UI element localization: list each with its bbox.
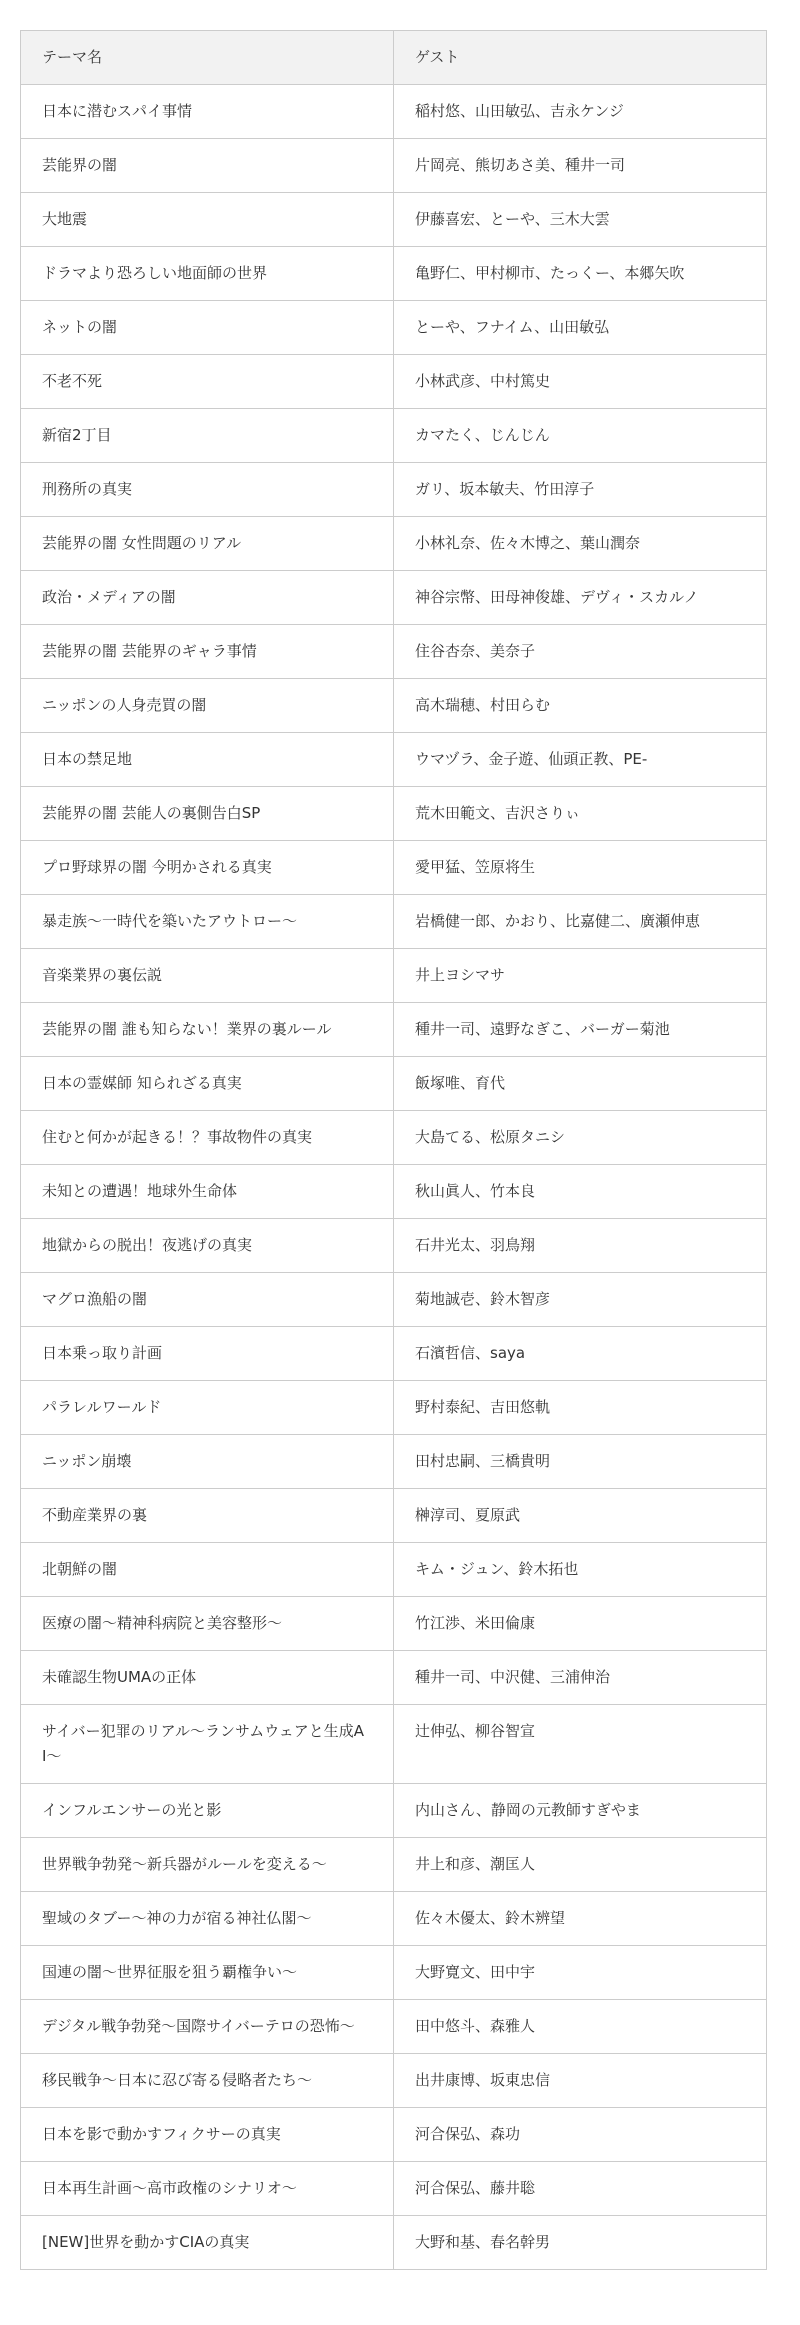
theme-cell: 日本の禁足地 — [21, 733, 394, 787]
guests-cell: 竹江渉、米田倫康 — [394, 1597, 767, 1651]
theme-cell: サイバー犯罪のリアル〜ランサムウェアと生成AI〜 — [21, 1705, 394, 1784]
guests-cell: ガリ、坂本敏夫、竹田淳子 — [394, 463, 767, 517]
theme-cell: 刑務所の真実 — [21, 463, 394, 517]
table-row: 不老不死小林武彦、中村篤史 — [21, 355, 767, 409]
theme-cell: 大地震 — [21, 193, 394, 247]
guests-cell: 大野寛文、田中宇 — [394, 1946, 767, 2000]
guests-cell: 河合保弘、藤井聡 — [394, 2162, 767, 2216]
guests-cell: 田中悠斗、森雅人 — [394, 2000, 767, 2054]
table-row: パラレルワールド野村泰紀、吉田悠軌 — [21, 1381, 767, 1435]
theme-cell: 日本に潜むスパイ事情 — [21, 85, 394, 139]
theme-cell: パラレルワールド — [21, 1381, 394, 1435]
guests-cell: カマたく、じんじん — [394, 409, 767, 463]
table-row: 地獄からの脱出！夜逃げの真実石井光太、羽鳥翔 — [21, 1219, 767, 1273]
guests-cell: 種井一司、遠野なぎこ、バーガー菊池 — [394, 1003, 767, 1057]
guests-cell: 片岡亮、熊切あさ美、種井一司 — [394, 139, 767, 193]
guests-cell: 井上ヨシマサ — [394, 949, 767, 1003]
table-row: 未確認生物UMAの正体種井一司、中沢健、三浦伸治 — [21, 1651, 767, 1705]
table-row: 芸能界の闇 女性問題のリアル小林礼奈、佐々木博之、葉山潤奈 — [21, 517, 767, 571]
guests-cell: 榊淳司、夏原武 — [394, 1489, 767, 1543]
table-row: 大地震伊藤喜宏、とーや、三木大雲 — [21, 193, 767, 247]
table-row: 世界戦争勃発〜新兵器がルールを変える〜井上和彦、潮匡人 — [21, 1838, 767, 1892]
guests-cell: 佐々木優太、鈴木辨望 — [394, 1892, 767, 1946]
table-row: 住むと何かが起きる！？事故物件の真実大島てる、松原タニシ — [21, 1111, 767, 1165]
theme-cell: ニッポン崩壊 — [21, 1435, 394, 1489]
table-row: プロ野球界の闇 今明かされる真実愛甲猛、笠原将生 — [21, 841, 767, 895]
theme-cell: [NEW]世界を動かすCIAの真実 — [21, 2216, 394, 2270]
guests-cell: ウマヅラ、金子遊、仙頭正教、PE- — [394, 733, 767, 787]
table-row: ドラマより恐ろしい地面師の世界亀野仁、甲村柳市、たっくー、本郷矢吹 — [21, 247, 767, 301]
theme-cell: 芸能界の闇 女性問題のリアル — [21, 517, 394, 571]
theme-guest-table: テーマ名 ゲスト 日本に潜むスパイ事情稲村悠、山田敏弘、吉永ケンジ芸能界の闇片岡… — [20, 30, 767, 2270]
theme-cell: 芸能界の闇 — [21, 139, 394, 193]
table-row: 新宿2丁目カマたく、じんじん — [21, 409, 767, 463]
guests-cell: 神谷宗幣、田母神俊雄、デヴィ・スカルノ — [394, 571, 767, 625]
table-row: 政治・メディアの闇神谷宗幣、田母神俊雄、デヴィ・スカルノ — [21, 571, 767, 625]
theme-cell: ニッポンの人身売買の闇 — [21, 679, 394, 733]
table-row: 未知との遭遇！地球外生命体秋山眞人、竹本良 — [21, 1165, 767, 1219]
theme-cell: 北朝鮮の闇 — [21, 1543, 394, 1597]
theme-cell: 医療の闇〜精神科病院と美容整形〜 — [21, 1597, 394, 1651]
guests-cell: 出井康博、坂東忠信 — [394, 2054, 767, 2108]
table-row: マグロ漁船の闇菊地誠壱、鈴木智彦 — [21, 1273, 767, 1327]
table-row: 日本を影で動かすフィクサーの真実河合保弘、森功 — [21, 2108, 767, 2162]
guests-cell: 石濱哲信、saya — [394, 1327, 767, 1381]
theme-cell: 暴走族〜一時代を築いたアウトロー〜 — [21, 895, 394, 949]
table-row: 芸能界の闇 誰も知らない！業界の裏ルール種井一司、遠野なぎこ、バーガー菊池 — [21, 1003, 767, 1057]
table-row: 芸能界の闇 芸能人の裏側告白SP荒木田範文、吉沢さりぃ — [21, 787, 767, 841]
guests-cell: 井上和彦、潮匡人 — [394, 1838, 767, 1892]
guests-cell: 高木瑞穂、村田らむ — [394, 679, 767, 733]
table-row: 日本乗っ取り計画石濱哲信、saya — [21, 1327, 767, 1381]
page-content: テーマ名 ゲスト 日本に潜むスパイ事情稲村悠、山田敏弘、吉永ケンジ芸能界の闇片岡… — [0, 0, 800, 2300]
table-row: 北朝鮮の闇キム・ジュン、鈴木拓也 — [21, 1543, 767, 1597]
table-row: 日本の霊媒師 知られざる真実飯塚唯、育代 — [21, 1057, 767, 1111]
guests-cell: 小林武彦、中村篤史 — [394, 355, 767, 409]
table-row: 芸能界の闇片岡亮、熊切あさ美、種井一司 — [21, 139, 767, 193]
theme-cell: ドラマより恐ろしい地面師の世界 — [21, 247, 394, 301]
table-row: デジタル戦争勃発〜国際サイバーテロの恐怖〜田中悠斗、森雅人 — [21, 2000, 767, 2054]
table-row: 刑務所の真実ガリ、坂本敏夫、竹田淳子 — [21, 463, 767, 517]
guests-cell: 大野和基、春名幹男 — [394, 2216, 767, 2270]
table-row: 医療の闇〜精神科病院と美容整形〜竹江渉、米田倫康 — [21, 1597, 767, 1651]
table-row: 日本再生計画〜高市政権のシナリオ〜河合保弘、藤井聡 — [21, 2162, 767, 2216]
table-row: 日本に潜むスパイ事情稲村悠、山田敏弘、吉永ケンジ — [21, 85, 767, 139]
guests-cell: 亀野仁、甲村柳市、たっくー、本郷矢吹 — [394, 247, 767, 301]
theme-cell: 日本乗っ取り計画 — [21, 1327, 394, 1381]
guests-cell: とーや、フナイム、山田敏弘 — [394, 301, 767, 355]
theme-cell: 世界戦争勃発〜新兵器がルールを変える〜 — [21, 1838, 394, 1892]
guests-cell: 大島てる、松原タニシ — [394, 1111, 767, 1165]
table-row: [NEW]世界を動かすCIAの真実大野和基、春名幹男 — [21, 2216, 767, 2270]
theme-cell: 音楽業界の裏伝説 — [21, 949, 394, 1003]
guests-cell: 菊地誠壱、鈴木智彦 — [394, 1273, 767, 1327]
theme-cell: 日本の霊媒師 知られざる真実 — [21, 1057, 394, 1111]
column-header-theme: テーマ名 — [21, 31, 394, 85]
theme-cell: 不動産業界の裏 — [21, 1489, 394, 1543]
theme-cell: 未確認生物UMAの正体 — [21, 1651, 394, 1705]
guests-cell: 河合保弘、森功 — [394, 2108, 767, 2162]
table-row: 日本の禁足地ウマヅラ、金子遊、仙頭正教、PE- — [21, 733, 767, 787]
table-row: 芸能界の闇 芸能界のギャラ事情住谷杏奈、美奈子 — [21, 625, 767, 679]
guests-cell: キム・ジュン、鈴木拓也 — [394, 1543, 767, 1597]
table-row: ニッポン崩壊田村忠嗣、三橋貴明 — [21, 1435, 767, 1489]
table-row: インフルエンサーの光と影内山さん、静岡の元教師すぎやま — [21, 1784, 767, 1838]
theme-cell: ネットの闇 — [21, 301, 394, 355]
guests-cell: 種井一司、中沢健、三浦伸治 — [394, 1651, 767, 1705]
theme-cell: 不老不死 — [21, 355, 394, 409]
guests-cell: 石井光太、羽鳥翔 — [394, 1219, 767, 1273]
guests-cell: 岩橋健一郎、かおり、比嘉健二、廣瀬伸恵 — [394, 895, 767, 949]
theme-cell: 未知との遭遇！地球外生命体 — [21, 1165, 394, 1219]
table-row: 音楽業界の裏伝説井上ヨシマサ — [21, 949, 767, 1003]
theme-cell: 芸能界の闇 芸能界のギャラ事情 — [21, 625, 394, 679]
theme-cell: 日本再生計画〜高市政権のシナリオ〜 — [21, 2162, 394, 2216]
table-row: 移民戦争〜日本に忍び寄る侵略者たち〜出井康博、坂東忠信 — [21, 2054, 767, 2108]
table-row: サイバー犯罪のリアル〜ランサムウェアと生成AI〜辻伸弘、柳谷智宣 — [21, 1705, 767, 1784]
guests-cell: 野村泰紀、吉田悠軌 — [394, 1381, 767, 1435]
table-body: 日本に潜むスパイ事情稲村悠、山田敏弘、吉永ケンジ芸能界の闇片岡亮、熊切あさ美、種… — [21, 85, 767, 2270]
table-header-row: テーマ名 ゲスト — [21, 31, 767, 85]
theme-cell: 移民戦争〜日本に忍び寄る侵略者たち〜 — [21, 2054, 394, 2108]
theme-cell: 新宿2丁目 — [21, 409, 394, 463]
theme-cell: 芸能界の闇 誰も知らない！業界の裏ルール — [21, 1003, 394, 1057]
theme-cell: インフルエンサーの光と影 — [21, 1784, 394, 1838]
table-row: 不動産業界の裏榊淳司、夏原武 — [21, 1489, 767, 1543]
theme-cell: 国連の闇〜世界征服を狙う覇権争い〜 — [21, 1946, 394, 2000]
theme-cell: プロ野球界の闇 今明かされる真実 — [21, 841, 394, 895]
guests-cell: 小林礼奈、佐々木博之、葉山潤奈 — [394, 517, 767, 571]
guests-cell: 稲村悠、山田敏弘、吉永ケンジ — [394, 85, 767, 139]
guests-cell: 辻伸弘、柳谷智宣 — [394, 1705, 767, 1784]
guests-cell: 内山さん、静岡の元教師すぎやま — [394, 1784, 767, 1838]
column-header-guests: ゲスト — [394, 31, 767, 85]
table-row: ニッポンの人身売買の闇高木瑞穂、村田らむ — [21, 679, 767, 733]
guests-cell: 荒木田範文、吉沢さりぃ — [394, 787, 767, 841]
theme-cell: 政治・メディアの闇 — [21, 571, 394, 625]
guests-cell: 田村忠嗣、三橋貴明 — [394, 1435, 767, 1489]
guests-cell: 伊藤喜宏、とーや、三木大雲 — [394, 193, 767, 247]
table-row: 国連の闇〜世界征服を狙う覇権争い〜大野寛文、田中宇 — [21, 1946, 767, 2000]
theme-cell: デジタル戦争勃発〜国際サイバーテロの恐怖〜 — [21, 2000, 394, 2054]
theme-cell: 住むと何かが起きる！？事故物件の真実 — [21, 1111, 394, 1165]
guests-cell: 飯塚唯、育代 — [394, 1057, 767, 1111]
theme-cell: 芸能界の闇 芸能人の裏側告白SP — [21, 787, 394, 841]
theme-cell: マグロ漁船の闇 — [21, 1273, 394, 1327]
theme-cell: 聖域のタブー〜神の力が宿る神社仏閣〜 — [21, 1892, 394, 1946]
table-row: ネットの闇とーや、フナイム、山田敏弘 — [21, 301, 767, 355]
theme-cell: 地獄からの脱出！夜逃げの真実 — [21, 1219, 394, 1273]
table-row: 暴走族〜一時代を築いたアウトロー〜岩橋健一郎、かおり、比嘉健二、廣瀬伸恵 — [21, 895, 767, 949]
guests-cell: 愛甲猛、笠原将生 — [394, 841, 767, 895]
guests-cell: 住谷杏奈、美奈子 — [394, 625, 767, 679]
theme-cell: 日本を影で動かすフィクサーの真実 — [21, 2108, 394, 2162]
guests-cell: 秋山眞人、竹本良 — [394, 1165, 767, 1219]
table-row: 聖域のタブー〜神の力が宿る神社仏閣〜佐々木優太、鈴木辨望 — [21, 1892, 767, 1946]
